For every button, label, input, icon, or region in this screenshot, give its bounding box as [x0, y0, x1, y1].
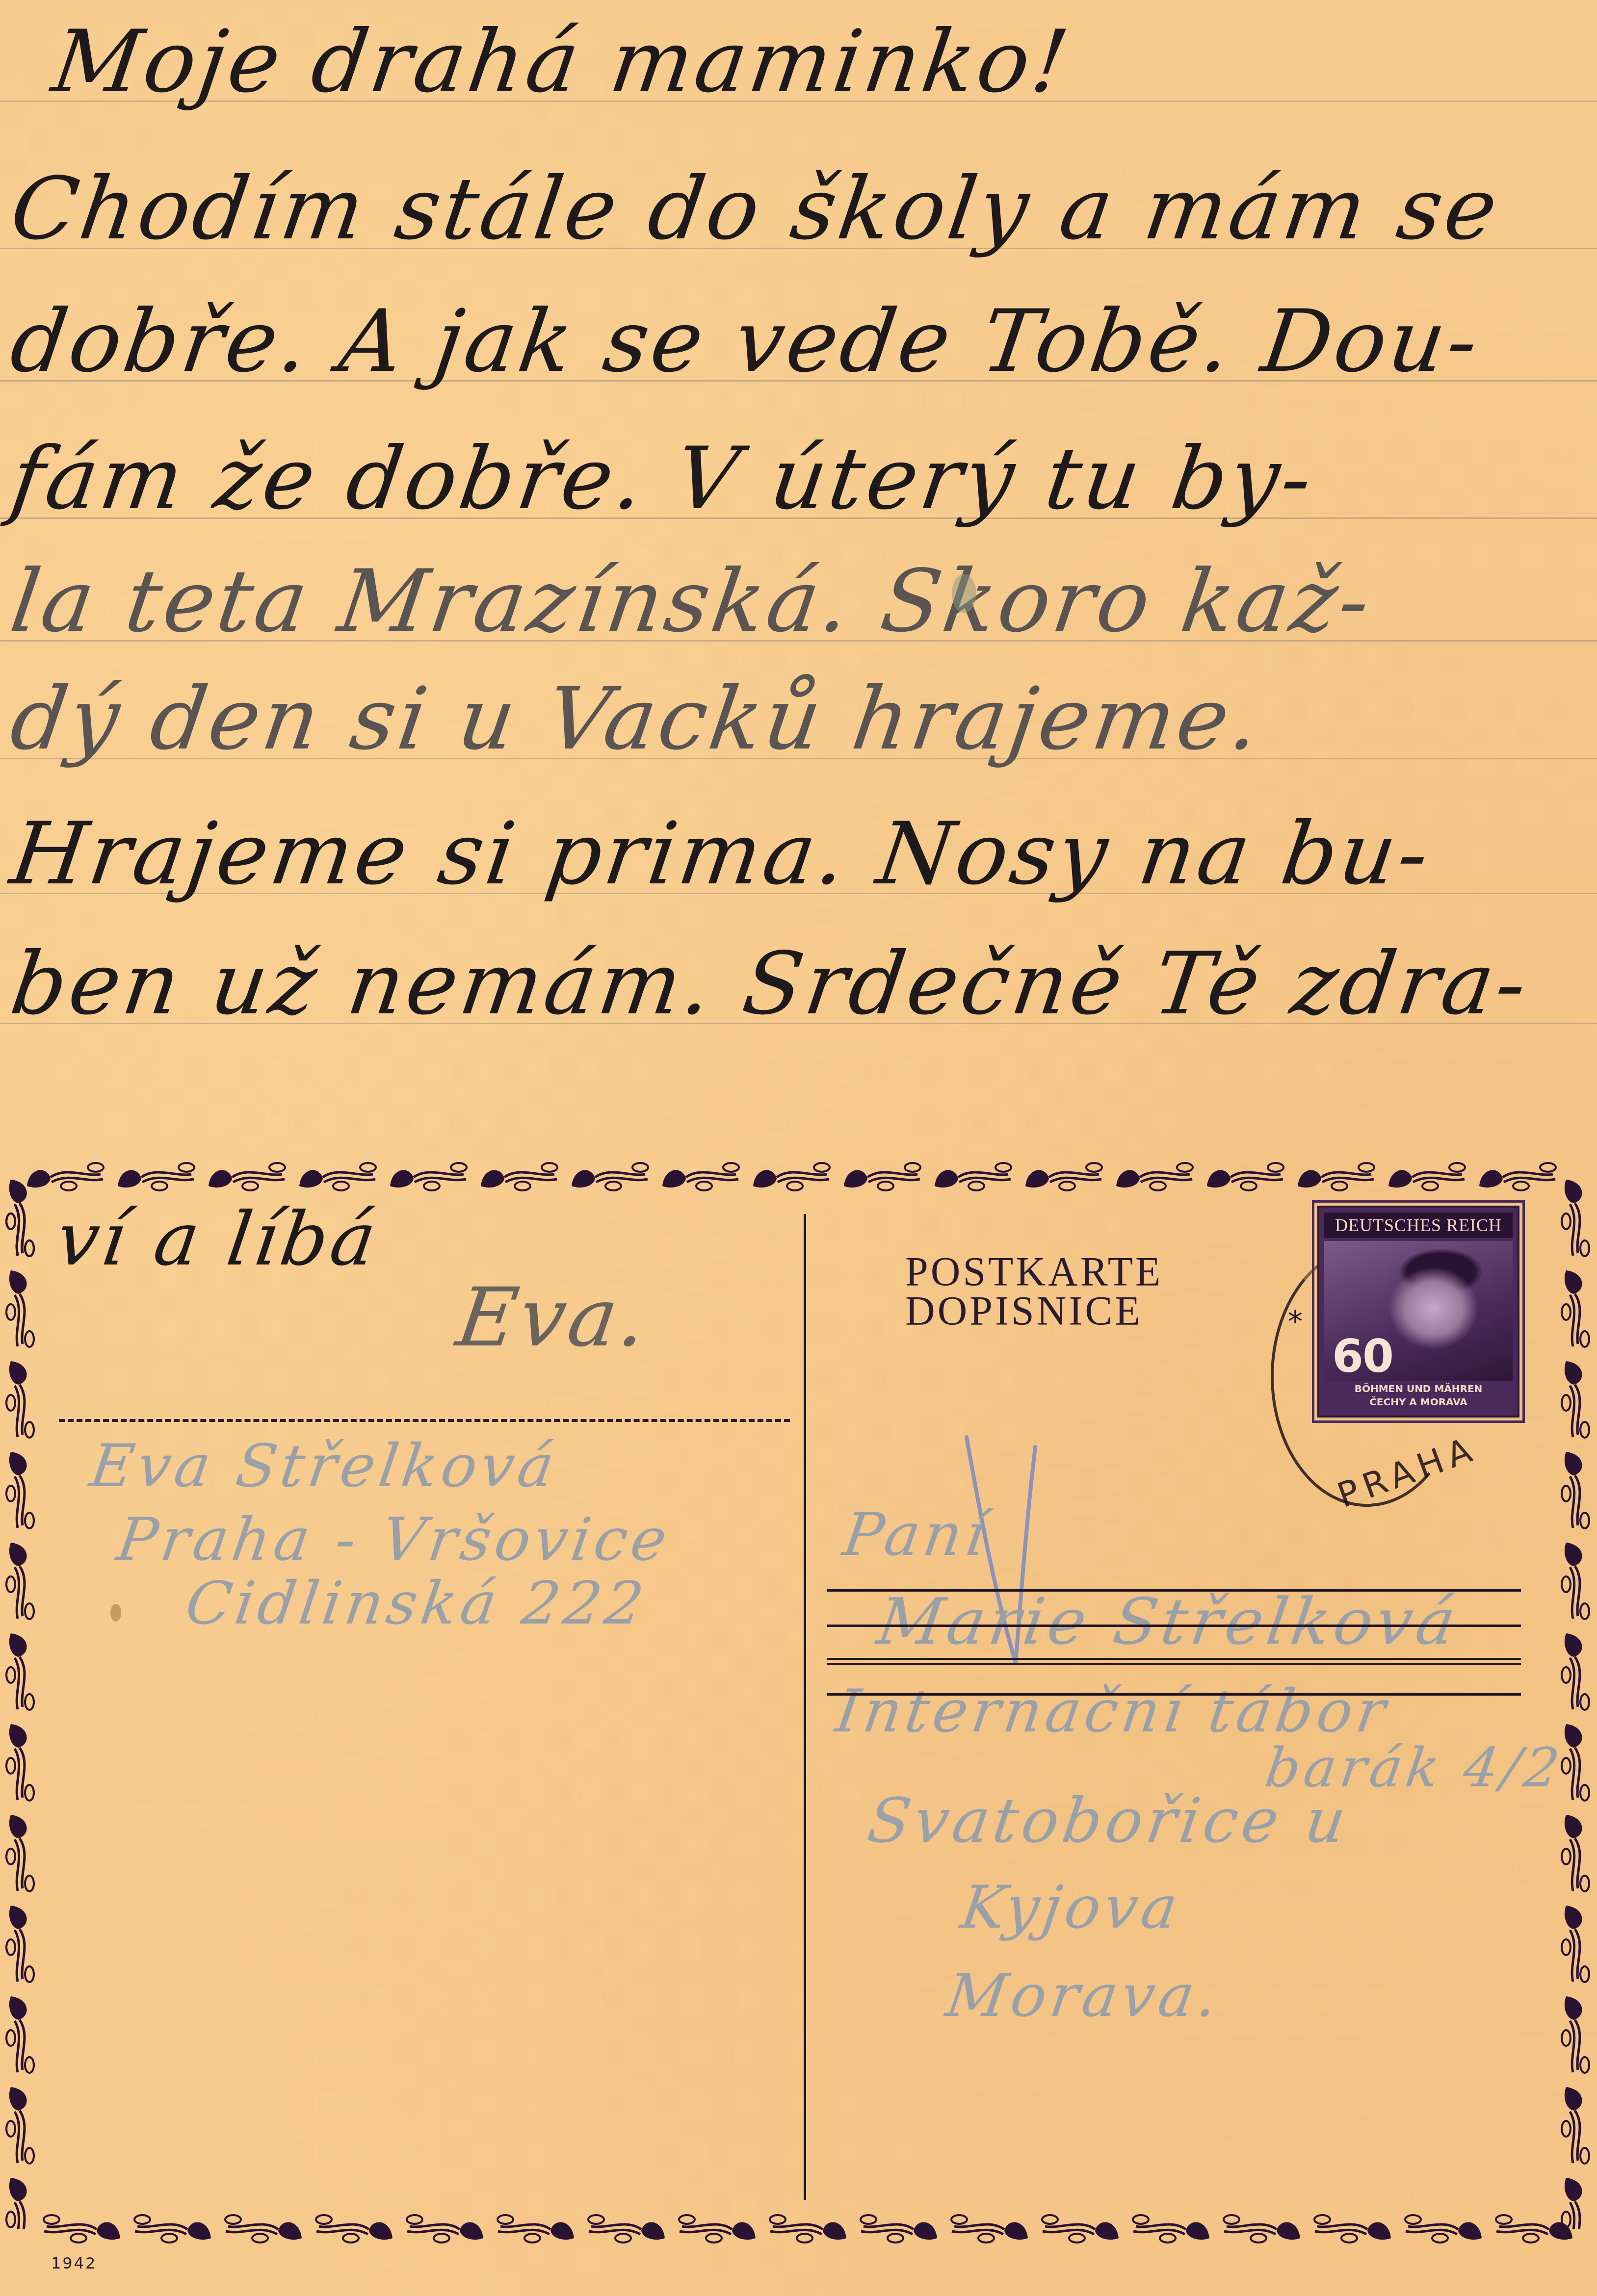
letter-line-2: Chodím stále do školy a mám se: [5, 159, 1506, 259]
letter-line-3: dobře. A jak se vede Tobě. Dou-: [5, 292, 1487, 391]
address-line-4: [827, 1693, 1521, 1696]
address-line-2: [827, 1625, 1521, 1627]
postmark-star: *: [1288, 1305, 1303, 1339]
stamp-footer: BÖHMEN UND MÄHREN ČECHY A MORAVA: [1324, 1382, 1513, 1411]
ornament-border-top: [22, 1158, 1577, 1192]
ornament-border-bottom: [22, 2210, 1577, 2244]
recipient-region: Morava.: [942, 1962, 1225, 2030]
recipient-salutation: Paní: [839, 1501, 993, 1569]
letter-section: Moje drahá maminko! Chodím stále do škol…: [0, 0, 1597, 1079]
message-continuation: ví a líbá: [52, 1197, 384, 1282]
stamp-footer-line-1: BÖHMEN UND MÄHREN: [1324, 1382, 1513, 1395]
ornament-border-left: [5, 1175, 39, 2229]
recipient-district: Kyjova: [957, 1874, 1185, 1942]
recipient-name: Marie Střelková: [873, 1584, 1464, 1659]
address-line-3: [827, 1658, 1521, 1660]
stamp-value: 60: [1332, 1330, 1393, 1383]
recipient-camp: Internační tábor: [832, 1677, 1393, 1746]
letter-line-8: ben už nemám. Srdečně Tě zdra-: [5, 934, 1535, 1034]
sender-street: Cidlinská 222: [182, 1570, 652, 1638]
letter-line-5: la teta Mrazínská. Skoro kaž-: [5, 552, 1379, 651]
sender-city: Praha - Vršovice: [113, 1506, 675, 1574]
recipient-town: Svatobořice u: [864, 1785, 1354, 1857]
stamp-header: DEUTSCHES REICH: [1324, 1212, 1513, 1238]
paper-stain: [952, 574, 976, 613]
signature: Eva.: [451, 1270, 655, 1365]
center-divider: [804, 1214, 806, 2200]
letter-line-7: Hrajeme si prima. Nosy na bu-: [5, 804, 1438, 904]
letter-line-6: dý den si u Vacků hrajeme.: [5, 670, 1268, 769]
letter-line-1: Moje drahá maminko!: [47, 12, 1077, 112]
title-dopisnice: DOPISNICE: [905, 1288, 1143, 1335]
sender-separator-line: [59, 1419, 790, 1422]
stamp-footer-line-2: ČECHY A MORAVA: [1324, 1395, 1513, 1409]
print-year: 1942: [51, 2254, 97, 2272]
postage-stamp: DEUTSCHES REICH 60 BÖHMEN UND MÄHREN ČEC…: [1317, 1206, 1519, 1418]
ornament-border-right: [1560, 1175, 1595, 2229]
sender-name: Eva Střelková: [86, 1432, 562, 1500]
paper-stain: [110, 1604, 121, 1622]
letter-line-4: fám že dobře. V úterý tu by-: [5, 429, 1321, 529]
address-line-1: [827, 1589, 1521, 1592]
